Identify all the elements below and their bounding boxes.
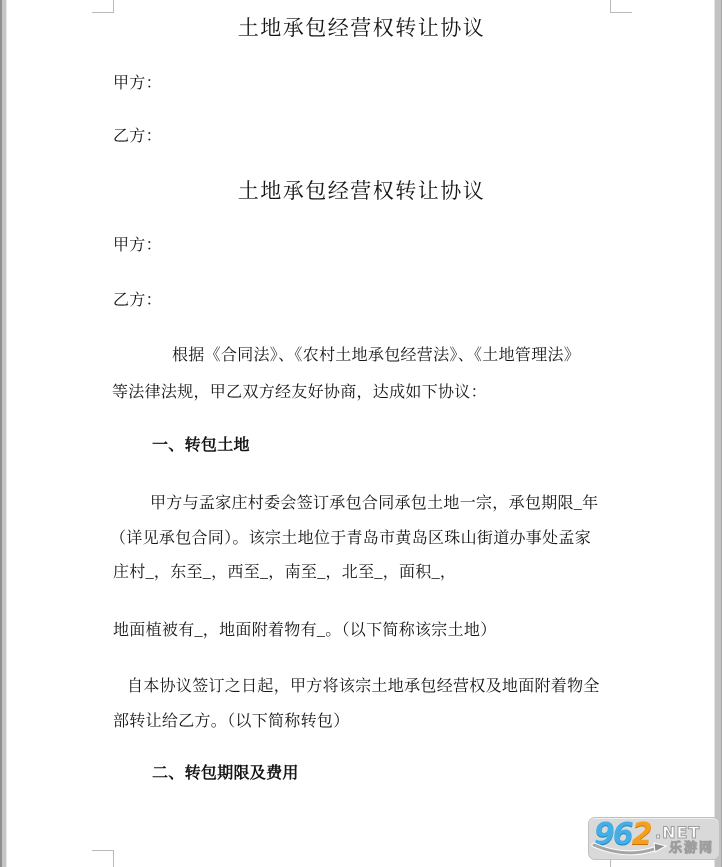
party-b-label: 乙方：	[113, 125, 162, 149]
section-1-heading: 一、转包土地	[152, 434, 250, 458]
section-2-heading: 二、转包期限及费用	[152, 762, 299, 786]
party-b-label: 乙方：	[113, 289, 162, 313]
party-a-label: 甲方：	[113, 234, 162, 258]
document-title: 土地承包经营权转让协议	[113, 16, 610, 40]
clause-2-line-2: 部转让给乙方。（以下简称转包）	[113, 710, 350, 734]
margin-mark-top-left	[92, 0, 114, 13]
clause-1-line-4: 地面植被有_，地面附着物有_。（以下简称该宗土地）	[113, 619, 497, 643]
clause-1-line-1: 甲方与孟家庄村委会签订承包合同承包土地一宗，承包期限_年	[150, 492, 598, 516]
clause-1-line-2: （详见承包合同）。该宗土地位于青岛市黄岛区珠山街道办事处孟家	[110, 527, 591, 551]
swoosh-arrow-icon	[591, 840, 673, 858]
preamble-line-1: 根据《合同法》、《农村土地承包经营法》、《土地管理法》	[172, 344, 580, 368]
clause-1-line-3: 庄村_，东至_，西至_，南至_，北至_，面积_，	[113, 561, 456, 585]
document-title-repeat: 土地承包经营权转让协议	[113, 179, 610, 203]
workspace-edge-left	[0, 0, 7, 867]
margin-mark-top-right	[610, 0, 632, 13]
party-a-label: 甲方：	[113, 72, 162, 96]
watermark-site-name: 乐游网	[669, 837, 714, 856]
site-watermark: 962 .NET 乐游网	[588, 817, 720, 860]
preamble-line-2: 等法律法规，甲乙双方经友好协商，达成如下协议：	[112, 381, 487, 405]
margin-mark-bottom-left	[92, 850, 114, 867]
workspace-edge-right	[714, 0, 722, 867]
clause-2-line-1: 自本协议签订之日起，甲方将该宗土地承包经营权及地面附着物全	[127, 675, 600, 699]
